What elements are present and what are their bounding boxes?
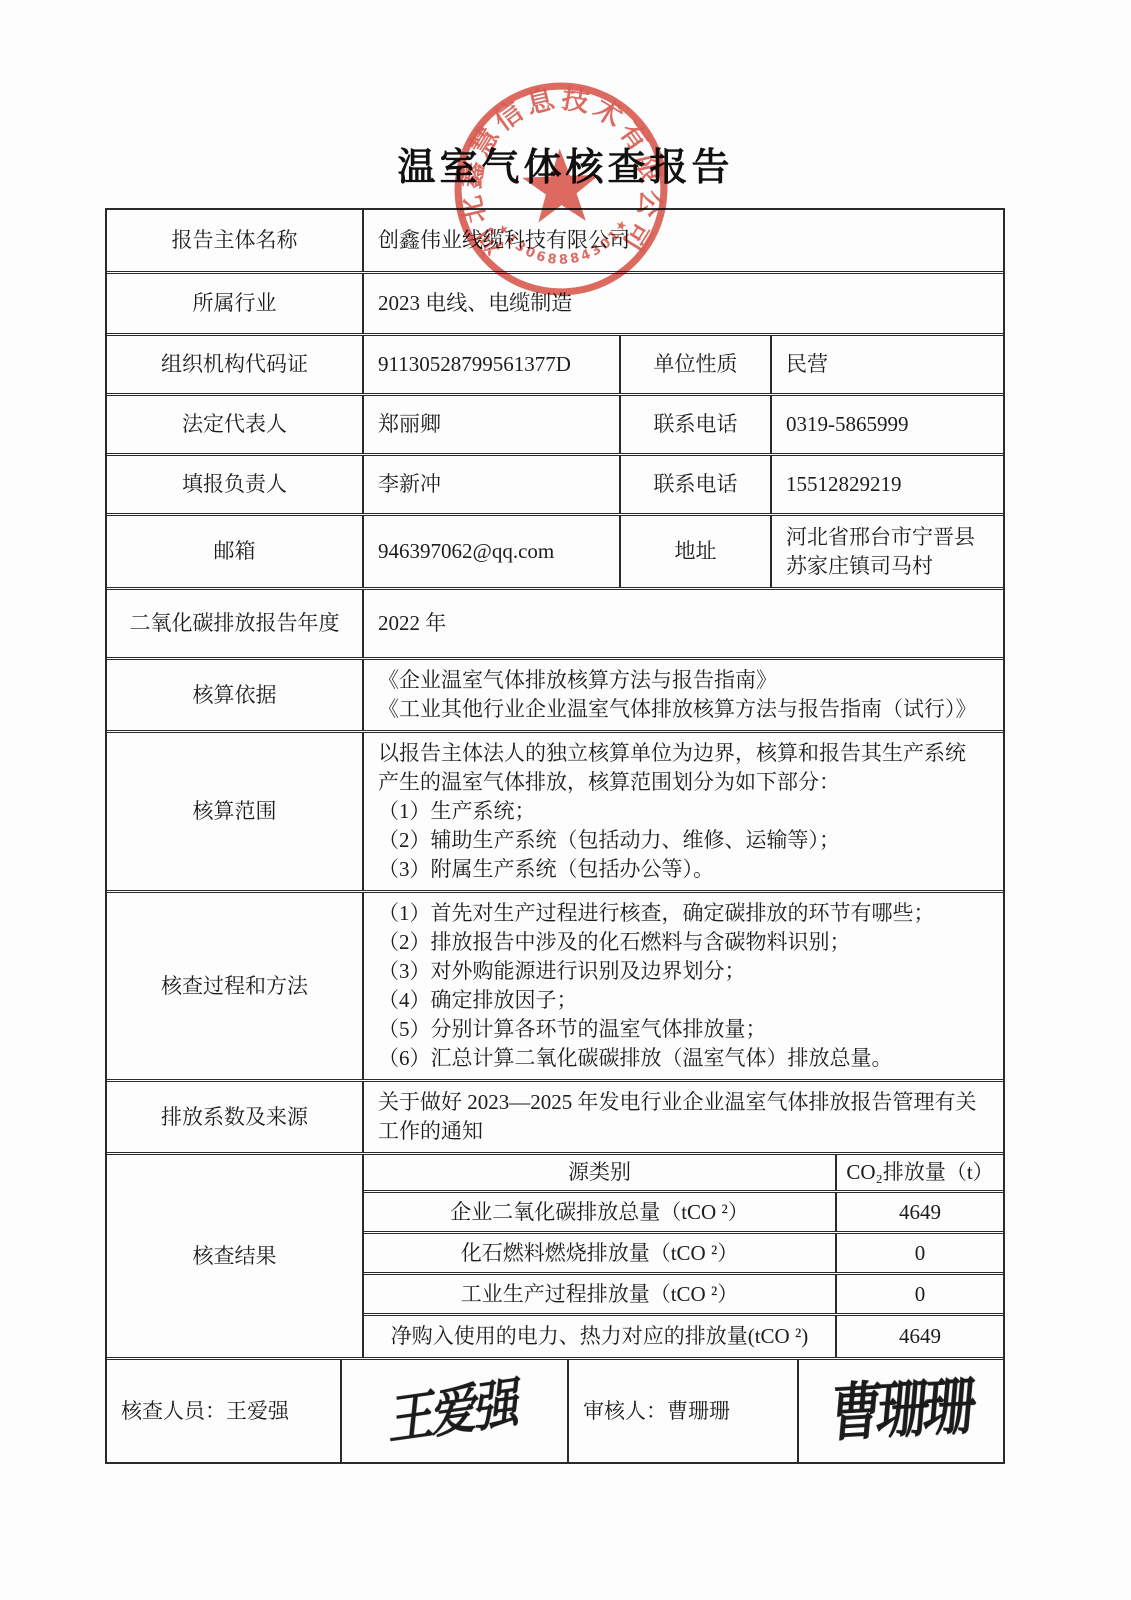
row-scope: 核算范围 以报告主体法人的独立核算单位为边界，核算和报告其生产系统 产生的温室气…	[107, 733, 1003, 893]
text-line: （5）分别计算各环节的温室气体排放量；	[378, 1015, 767, 1044]
text-line: （6）汇总计算二氧化碳碳排放（温室气体）排放总量。	[378, 1044, 893, 1073]
text-line: （3）附属生产系统（包括办公等）。	[378, 855, 714, 884]
filler-phone-label: 联系电话	[619, 456, 770, 513]
verifier-signature-cell: 王爱强	[340, 1360, 567, 1462]
verifier-label: 核查人员：王爱强	[107, 1360, 340, 1462]
unit-nature-value: 民营	[770, 336, 1003, 393]
report-year-value: 2022 年	[362, 590, 1003, 657]
text-line: （3）对外购能源进行识别及边界划分；	[378, 957, 746, 986]
results-amount: 0	[835, 1234, 1003, 1272]
reviewer-signature-cell: 曹珊珊	[797, 1360, 1003, 1462]
report-subject-value: 创鑫伟业线缆科技有限公司	[362, 210, 1003, 271]
report-year-label: 二氧化碳排放报告年度	[107, 590, 362, 657]
reviewer-label: 审核人：曹珊珊	[567, 1360, 797, 1462]
address-value: 河北省邢台市宁晋县苏家庄镇司马村	[770, 516, 1003, 587]
reviewer-signature: 曹珊珊	[829, 1390, 973, 1432]
factors-value: 关于做好 2023—2025 年发电行业企业温室气体排放报告管理有关工作的通知	[362, 1082, 1003, 1152]
results-source: 企业二氧化碳排放总量（tCO ²）	[364, 1193, 835, 1231]
row-org-code: 组织机构代码证 91130528799561377D 单位性质 民营	[107, 336, 1003, 396]
industry-value: 2023 电线、电缆制造	[362, 274, 1003, 333]
org-code-label: 组织机构代码证	[107, 336, 362, 393]
results-header-row: 源类别 CO₂排放量（t）	[364, 1155, 1003, 1193]
row-legal-rep: 法定代表人 郑丽卿 联系电话 0319-5865999	[107, 396, 1003, 456]
row-results: 核查结果 源类别 CO₂排放量（t） 企业二氧化碳排放总量（tCO ²） 464…	[107, 1155, 1003, 1360]
legal-rep-value: 郑丽卿	[362, 396, 619, 453]
results-source: 净购入使用的电力、热力对应的排放量(tCO ²)	[364, 1316, 835, 1357]
results-row-industrial: 工业生产过程排放量（tCO ²） 0	[364, 1275, 1003, 1316]
row-report-subject: 报告主体名称 创鑫伟业线缆科技有限公司	[107, 210, 1003, 274]
results-row-fossil: 化石燃料燃烧排放量（tCO ²） 0	[364, 1234, 1003, 1275]
report-subject-label: 报告主体名称	[107, 210, 362, 271]
legal-rep-phone-value: 0319-5865999	[770, 396, 1003, 453]
legal-rep-phone-label: 联系电话	[619, 396, 770, 453]
results-amount: 4649	[835, 1193, 1003, 1231]
row-report-year: 二氧化碳排放报告年度 2022 年	[107, 590, 1003, 660]
email-label: 邮箱	[107, 516, 362, 587]
unit-nature-label: 单位性质	[619, 336, 770, 393]
results-source: 工业生产过程排放量（tCO ²）	[364, 1275, 835, 1313]
text-line: （2）辅助生产系统（包括动力、维修、运输等）；	[378, 826, 840, 855]
results-label: 核查结果	[107, 1155, 362, 1357]
results-amount: 0	[835, 1275, 1003, 1313]
results-header-amount: CO₂排放量（t）	[835, 1155, 1003, 1190]
process-value: （1）首先对生产过程进行核查，确定碳排放的环节有哪些； （2）排放报告中涉及的化…	[362, 893, 1003, 1079]
industry-label: 所属行业	[107, 274, 362, 333]
filler-phone-value: 15512829219	[770, 456, 1003, 513]
report-table: 报告主体名称 创鑫伟业线缆科技有限公司 所属行业 2023 电线、电缆制造 组织…	[105, 208, 1005, 1464]
results-row-electricity: 净购入使用的电力、热力对应的排放量(tCO ²) 4649	[364, 1316, 1003, 1357]
results-amount: 4649	[835, 1316, 1003, 1357]
scope-value: 以报告主体法人的独立核算单位为边界，核算和报告其生产系统 产生的温室气体排放，核…	[362, 733, 1003, 890]
text-line: 产生的温室气体排放，核算范围划分为如下部分：	[378, 768, 840, 797]
filler-value: 李新冲	[362, 456, 619, 513]
text-line: （1）生产系统；	[378, 797, 536, 826]
address-label: 地址	[619, 516, 770, 587]
report-title: 温室气体核查报告	[0, 136, 1131, 191]
process-label: 核查过程和方法	[107, 893, 362, 1079]
row-industry: 所属行业 2023 电线、电缆制造	[107, 274, 1003, 336]
basis-label: 核算依据	[107, 660, 362, 730]
row-basis: 核算依据 《企业温室气体排放核算方法与报告指南》 《工业其他行业企业温室气体排放…	[107, 660, 1003, 733]
results-subtable: 源类别 CO₂排放量（t） 企业二氧化碳排放总量（tCO ²） 4649 化石燃…	[362, 1155, 1003, 1357]
legal-rep-label: 法定代表人	[107, 396, 362, 453]
scope-label: 核算范围	[107, 733, 362, 890]
row-email-address: 邮箱 946397062@qq.com 地址 河北省邢台市宁晋县苏家庄镇司马村	[107, 516, 1003, 590]
row-signoff: 核查人员：王爱强 王爱强 审核人：曹珊珊 曹珊珊	[107, 1360, 1003, 1462]
text-line: （1）首先对生产过程进行核查，确定碳排放的环节有哪些；	[378, 899, 935, 928]
text-line: 《企业温室气体排放核算方法与报告指南》	[378, 666, 777, 695]
basis-value: 《企业温室气体排放核算方法与报告指南》 《工业其他行业企业温室气体排放核算方法与…	[362, 660, 1003, 730]
text-line: 《工业其他行业企业温室气体排放核算方法与报告指南（试行）》	[378, 695, 977, 724]
row-factors: 排放系数及来源 关于做好 2023—2025 年发电行业企业温室气体排放报告管理…	[107, 1082, 1003, 1155]
email-value: 946397062@qq.com	[362, 516, 619, 587]
report-page: 温室气体核查报告 河北鑫慧信息技术有限公司 ★13068884301★ 报告主体…	[0, 0, 1131, 1600]
text-line: （4）确定排放因子；	[378, 986, 578, 1015]
text-line: （2）排放报告中涉及的化石燃料与含碳物料识别；	[378, 928, 851, 957]
factors-label: 排放系数及来源	[107, 1082, 362, 1152]
text-line: 以报告主体法人的独立核算单位为边界，核算和报告其生产系统	[378, 739, 966, 768]
row-process: 核查过程和方法 （1）首先对生产过程进行核查，确定碳排放的环节有哪些； （2）排…	[107, 893, 1003, 1082]
results-row-total: 企业二氧化碳排放总量（tCO ²） 4649	[364, 1193, 1003, 1234]
results-source: 化石燃料燃烧排放量（tCO ²）	[364, 1234, 835, 1272]
filler-label: 填报负责人	[107, 456, 362, 513]
row-filler: 填报负责人 李新冲 联系电话 15512829219	[107, 456, 1003, 516]
results-header-source: 源类别	[364, 1155, 835, 1190]
org-code-value: 91130528799561377D	[362, 336, 619, 393]
verifier-signature: 王爱强	[389, 1385, 520, 1437]
